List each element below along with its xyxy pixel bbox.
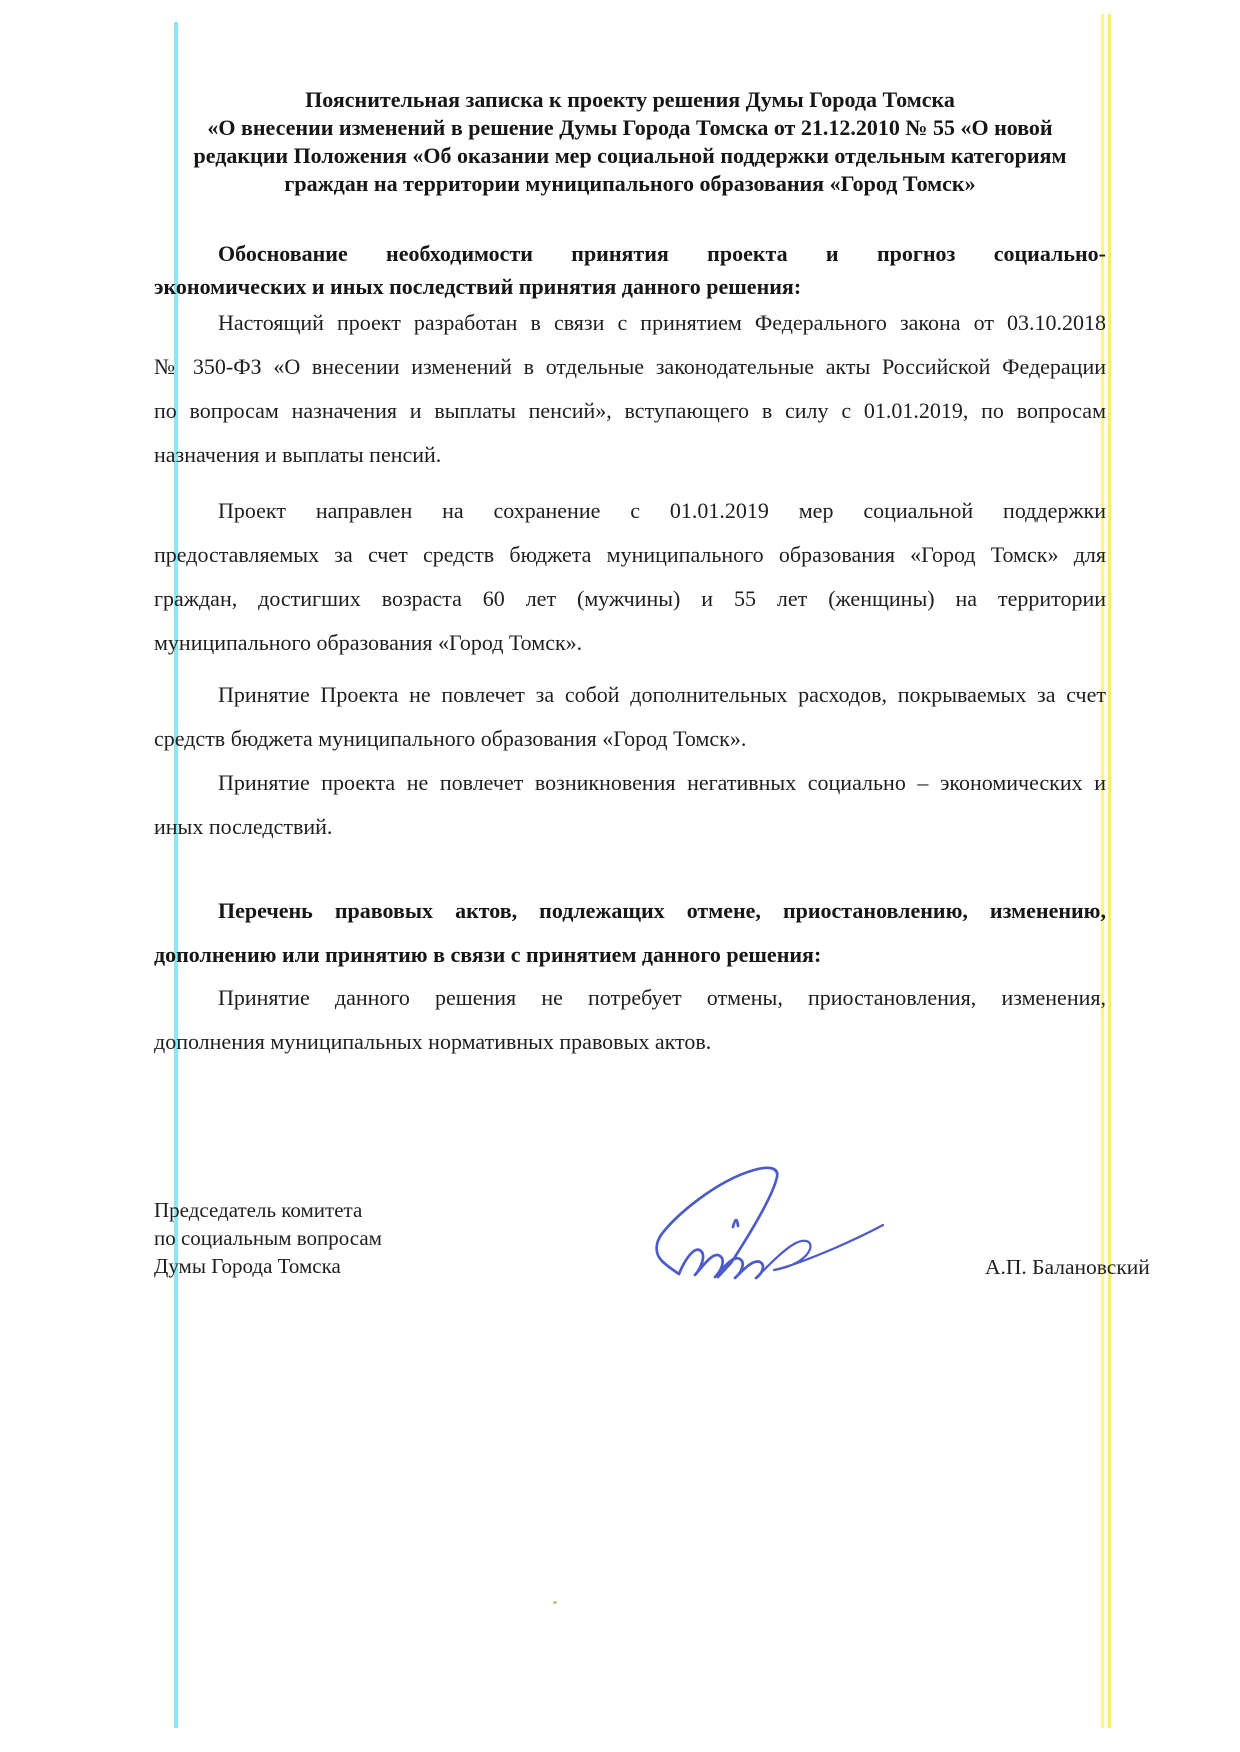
text-line: Настоящий проект разработан в связи с пр… xyxy=(154,301,1106,345)
heading-line: Перечень правовых актов, подлежащих отме… xyxy=(154,889,1106,933)
paragraph-no-acts-required: Принятие данного решения не потребует от… xyxy=(154,976,1106,1064)
title-line: Пояснительная записка к проекту решения … xyxy=(154,86,1106,114)
signer-position-line: Председатель комитета xyxy=(154,1196,574,1224)
handwritten-signature xyxy=(654,1163,886,1283)
title-line: граждан на территории муниципального обр… xyxy=(154,170,1106,198)
heading-line: Обоснование необходимости принятия проек… xyxy=(154,237,1106,270)
text-line: назначения и выплаты пенсий. xyxy=(154,433,1106,477)
signer-position-line: Думы Города Томска xyxy=(154,1252,574,1280)
document-title: Пояснительная записка к проекту решения … xyxy=(154,86,1106,198)
text-line: Принятие данного решения не потребует от… xyxy=(154,976,1106,1020)
scanned-document-page: Пояснительная записка к проекту решения … xyxy=(0,0,1240,1752)
text-line: дополнения муниципальных нормативных пра… xyxy=(154,1020,1106,1064)
section-heading-acts-list: Перечень правовых актов, подлежащих отме… xyxy=(154,889,1106,977)
heading-line: экономических и иных последствий приняти… xyxy=(154,270,1106,303)
text-line: Принятие проекта не повлечет возникновен… xyxy=(154,761,1106,805)
title-line: «О внесении изменений в решение Думы Гор… xyxy=(154,114,1106,142)
text-line: предоставляемых за счет средств бюджета … xyxy=(154,533,1106,577)
text-line: № 350-ФЗ «О внесении изменений в отдельн… xyxy=(154,345,1106,389)
text-line: Проект направлен на сохранение с 01.01.2… xyxy=(154,489,1106,533)
text-line: Принятие Проекта не повлечет за собой до… xyxy=(154,673,1106,717)
section-heading-justification: Обоснование необходимости принятия проек… xyxy=(154,237,1106,303)
paragraph-federal-law: Настоящий проект разработан в связи с пр… xyxy=(154,301,1106,477)
signer-name: А.П. Балановский xyxy=(985,1255,1150,1280)
signature-position-block: Председатель комитета по социальным вопр… xyxy=(154,1196,574,1280)
text-line: средств бюджета муниципального образован… xyxy=(154,717,1106,761)
paragraph-no-extra-costs: Принятие Проекта не повлечет за собой до… xyxy=(154,673,1106,761)
signer-position-line: по социальным вопросам xyxy=(154,1224,574,1252)
text-line: граждан, достигших возраста 60 лет (мужч… xyxy=(154,577,1106,621)
text-line: муниципального образования «Город Томск»… xyxy=(154,621,1106,665)
heading-line: дополнению или принятию в связи с принят… xyxy=(154,933,1106,977)
scan-streak-yellow-right xyxy=(1108,14,1111,1728)
title-line: редакции Положения «Об оказании мер соци… xyxy=(154,142,1106,170)
paragraph-no-negative-consequences: Принятие проекта не повлечет возникновен… xyxy=(154,761,1106,849)
text-line: по вопросам назначения и выплаты пенсий»… xyxy=(154,389,1106,433)
scan-dot-artifact xyxy=(553,1601,557,1604)
paragraph-project-goal: Проект направлен на сохранение с 01.01.2… xyxy=(154,489,1106,665)
text-line: иных последствий. xyxy=(154,805,1106,849)
